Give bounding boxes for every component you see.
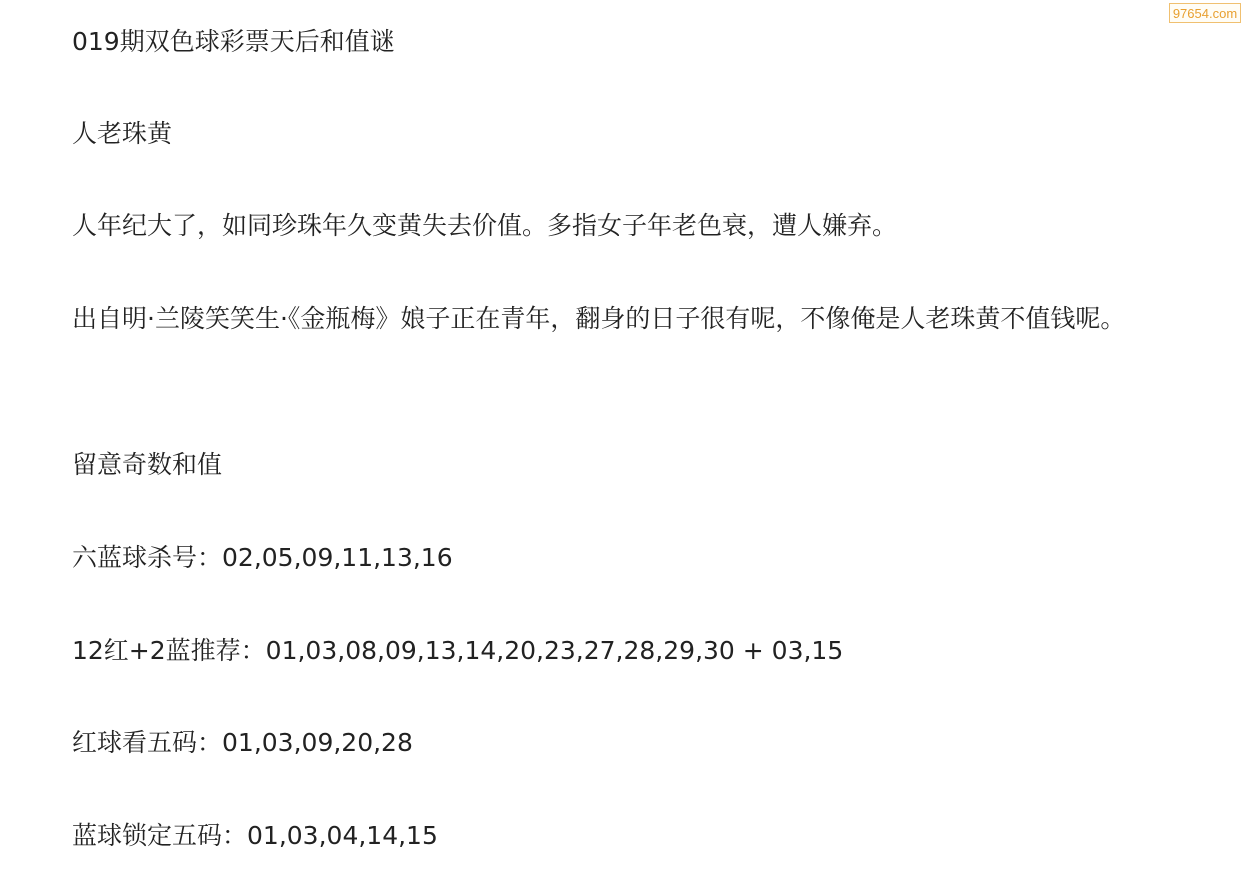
- recommend-label: 12红+2蓝推荐：: [72, 636, 266, 665]
- red-five-numbers: 01,03,09,20,28: [222, 728, 413, 757]
- recommend-numbers: 01,03,08,09,13,14,20,23,27,28,29,30 + 03…: [266, 636, 844, 665]
- blue-five-numbers: 01,03,04,14,15: [247, 821, 438, 850]
- blue-kill-label: 六蓝球杀号：: [72, 543, 222, 572]
- blue-five-label: 蓝球锁定五码：: [72, 821, 247, 850]
- idiom-source: 出自明·兰陵笑笑生·《金瓶梅》娘子正在青年，翻身的日子很有呢，不像俺是人老珠黄不…: [20, 292, 1180, 346]
- red-five-label: 红球看五码：: [72, 728, 222, 757]
- hint-text: 留意奇数和值: [20, 438, 1180, 492]
- idiom-heading: 人老珠黄: [20, 107, 1180, 161]
- red-five-line: 红球看五码：01,03,09,20,28: [20, 716, 1180, 770]
- article-title: 019期双色球彩票天后和值谜: [20, 15, 1180, 69]
- idiom-meaning: 人年纪大了，如同珍珠年久变黄失去价值。多指女子年老色衰，遭人嫌弃。: [20, 199, 1180, 253]
- recommend-line: 12红+2蓝推荐：01,03,08,09,13,14,20,23,27,28,2…: [20, 624, 1180, 678]
- blue-kill-numbers: 02,05,09,11,13,16: [222, 543, 453, 572]
- blue-five-line: 蓝球锁定五码：01,03,04,14,15: [20, 809, 1180, 863]
- blue-kill-line: 六蓝球杀号：02,05,09,11,13,16: [20, 531, 1180, 585]
